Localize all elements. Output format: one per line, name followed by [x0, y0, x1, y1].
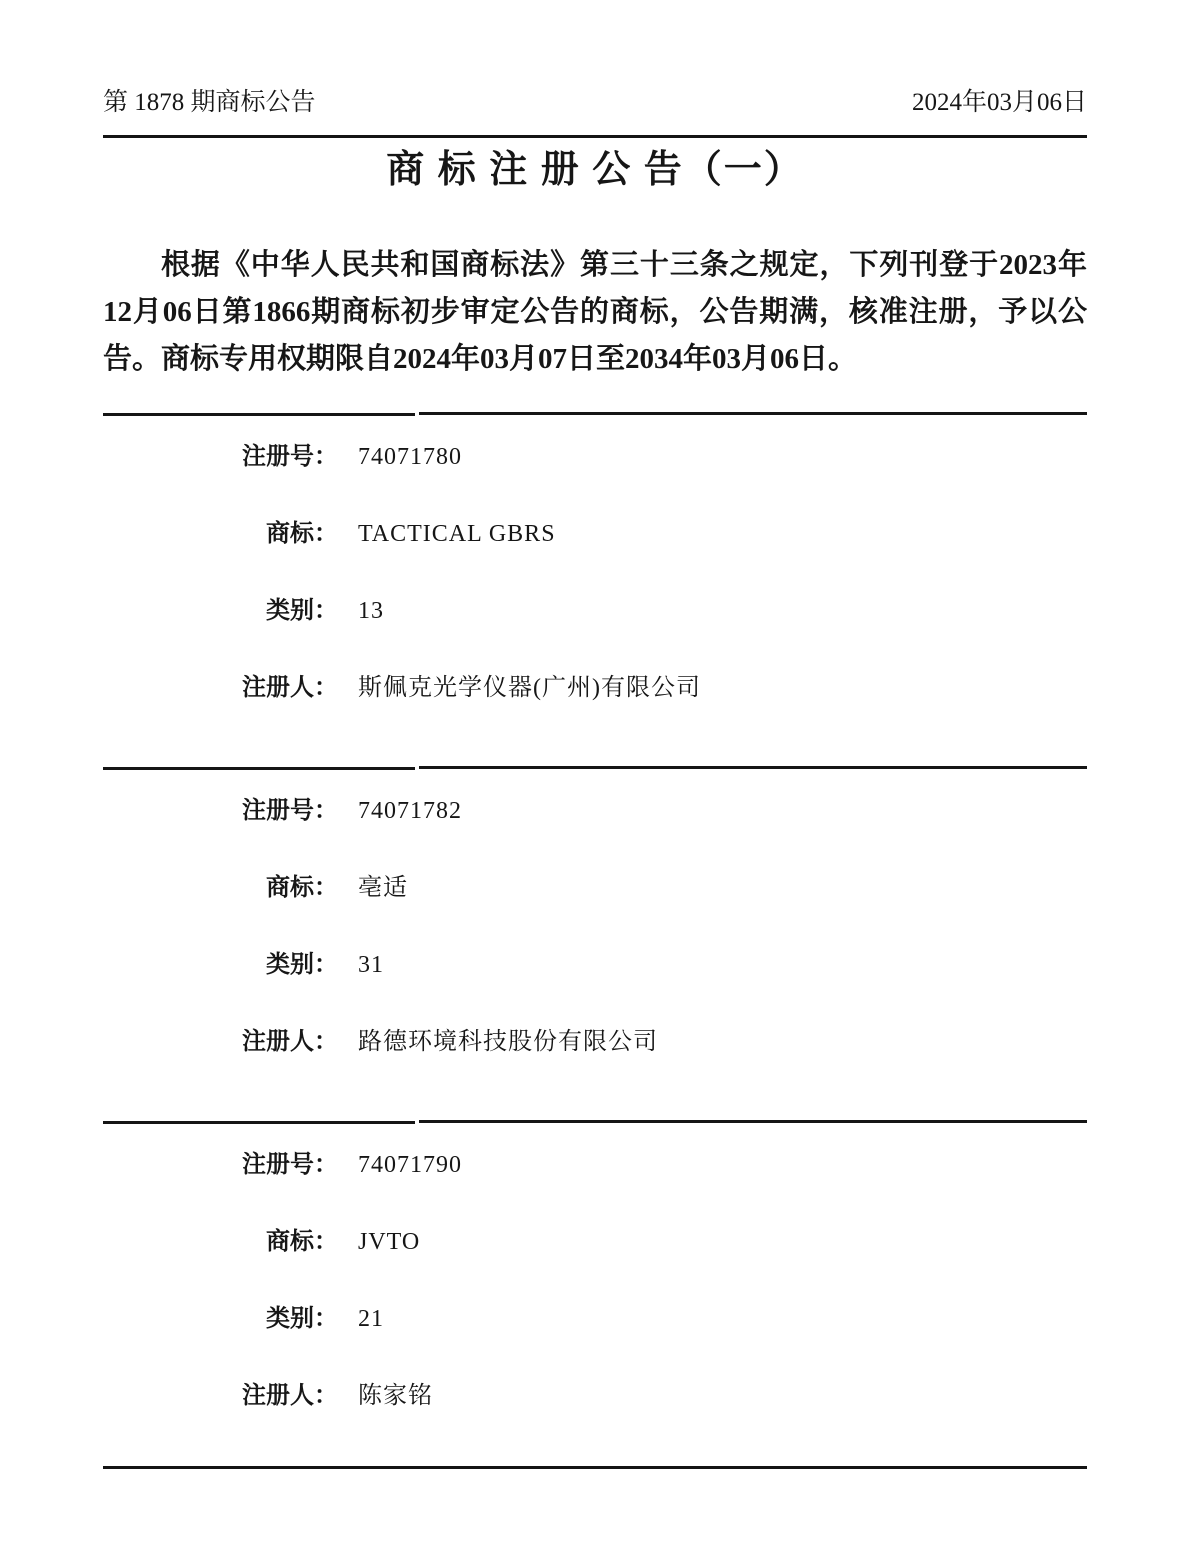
- owner-label: 注册人：: [103, 673, 338, 703]
- separator-segment-left: [103, 413, 415, 416]
- reg-no-row: 注册号： 74071790: [103, 1150, 1087, 1227]
- intro-paragraph: 根据《中华人民共和国商标法》第三十三条之规定，下列刊登于2023年12月06日第…: [103, 242, 1087, 383]
- class-label: 类别：: [103, 596, 338, 626]
- trademark-record-1: 注册号： 74071780 商标： TACTICAL GBRS 类别： 13 注…: [103, 416, 1087, 766]
- class-row: 类别： 13: [103, 596, 1087, 673]
- gazette-page: 第 1878 期商标公告 2024年03月06日 商 标 注 册 公 告（一） …: [0, 0, 1190, 1469]
- mark-value: 亳适: [358, 873, 408, 903]
- mark-row: 商标： TACTICAL GBRS: [103, 519, 1087, 596]
- mark-row: 商标： 亳适: [103, 873, 1087, 950]
- reg-no-label: 注册号：: [103, 796, 338, 826]
- separator-segment-right: [419, 766, 1087, 769]
- owner-value: 陈家铭: [358, 1381, 433, 1411]
- separator-segment-left: [103, 767, 415, 770]
- mark-row: 商标： JVTO: [103, 1227, 1087, 1304]
- reg-no-row: 注册号： 74071782: [103, 796, 1087, 873]
- reg-no-value: 74071780: [358, 442, 462, 472]
- mark-label: 商标：: [103, 519, 338, 549]
- owner-label: 注册人：: [103, 1381, 338, 1411]
- mark-label: 商标：: [103, 873, 338, 903]
- owner-label: 注册人：: [103, 1027, 338, 1057]
- owner-row: 注册人： 陈家铭: [103, 1381, 1087, 1458]
- owner-value: 路德环境科技股份有限公司: [358, 1027, 658, 1057]
- owner-value: 斯佩克光学仪器(广州)有限公司: [358, 673, 701, 703]
- reg-no-label: 注册号：: [103, 1150, 338, 1180]
- class-row: 类别： 21: [103, 1304, 1087, 1381]
- reg-no-value: 74071790: [358, 1150, 462, 1180]
- trademark-record-2: 注册号： 74071782 商标： 亳适 类别： 31 注册人： 路德环境科技股…: [103, 770, 1087, 1120]
- page-title: 商 标 注 册 公 告（一）: [103, 144, 1087, 196]
- reg-no-label: 注册号：: [103, 442, 338, 472]
- mark-value: TACTICAL GBRS: [358, 519, 556, 549]
- record-separator: [103, 766, 1087, 770]
- separator-segment-right: [419, 412, 1087, 415]
- mark-value: JVTO: [358, 1227, 420, 1257]
- class-row: 类别： 31: [103, 950, 1087, 1027]
- issue-number: 第 1878 期商标公告: [103, 88, 316, 118]
- class-label: 类别：: [103, 1304, 338, 1334]
- separator-segment-left: [103, 1121, 415, 1124]
- trademark-record-3: 注册号： 74071790 商标： JVTO 类别： 21 注册人： 陈家铭: [103, 1124, 1087, 1466]
- owner-row: 注册人： 斯佩克光学仪器(广州)有限公司: [103, 673, 1087, 750]
- reg-no-row: 注册号： 74071780: [103, 442, 1087, 519]
- class-value: 13: [358, 596, 384, 626]
- mark-label: 商标：: [103, 1227, 338, 1257]
- class-label: 类别：: [103, 950, 338, 980]
- record-separator: [103, 412, 1087, 416]
- separator-segment-right: [419, 1120, 1087, 1123]
- reg-no-value: 74071782: [358, 796, 462, 826]
- header-date: 2024年03月06日: [912, 88, 1087, 118]
- class-value: 31: [358, 950, 384, 980]
- owner-row: 注册人： 路德环境科技股份有限公司: [103, 1027, 1087, 1104]
- bottom-rule: [103, 1466, 1087, 1469]
- record-separator: [103, 1120, 1087, 1124]
- class-value: 21: [358, 1304, 384, 1334]
- page-header: 第 1878 期商标公告 2024年03月06日: [103, 0, 1087, 118]
- header-rule: [103, 135, 1087, 138]
